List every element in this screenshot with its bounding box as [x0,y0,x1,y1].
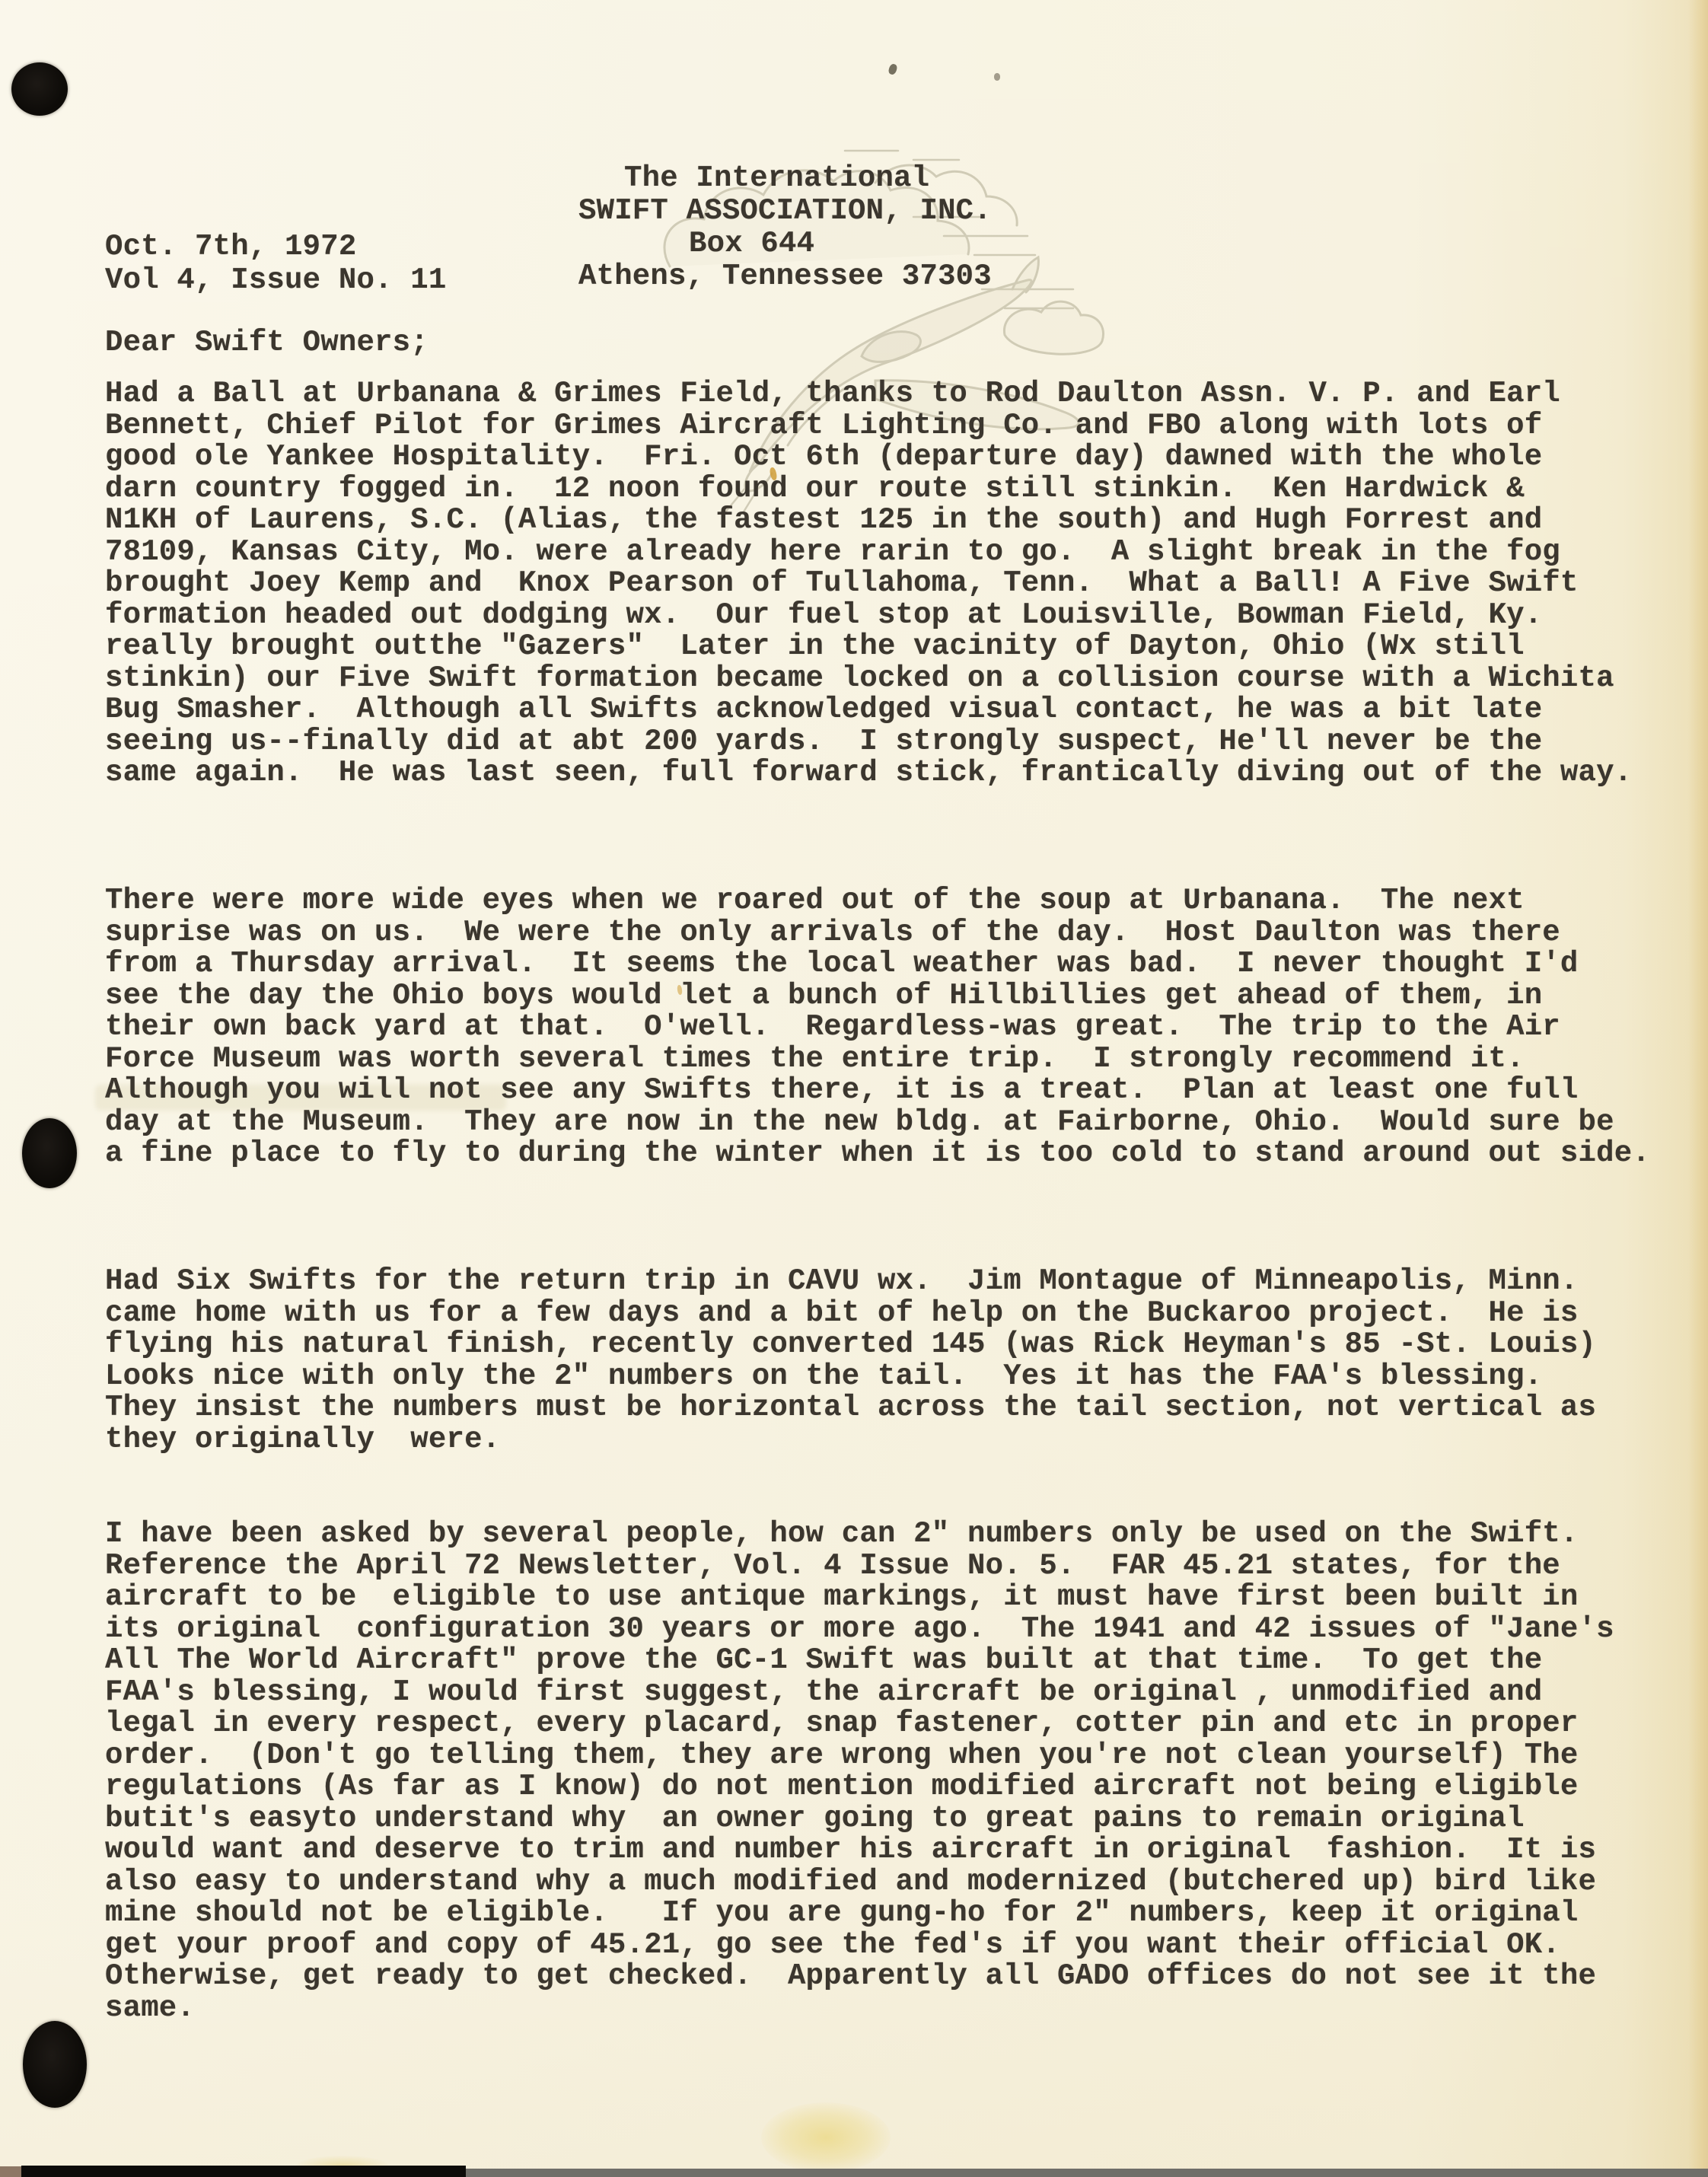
text-line: a fine place to fly to during the winter… [105,1138,1650,1170]
text-line: I have been asked by several people, how… [105,1519,1614,1551]
text-line: formation headed out dodging wx. Our fue… [105,600,1632,632]
text-line: from a Thursday arrival. It seems the lo… [105,948,1650,980]
text-line: mine should not be eligible. If you are … [105,1898,1614,1930]
text-line: its original configuration 30 years or m… [105,1614,1614,1646]
text-line: really brought outthe "Gazers" Later in … [105,631,1632,663]
text-line: They insist the numbers must be horizont… [105,1392,1596,1424]
text-line: same. [105,1993,1614,2025]
paragraph-4: I have been asked by several people, how… [105,1519,1614,2024]
text-line: they originally were. [105,1424,1596,1456]
org-name-line-1: The International [624,161,929,195]
text-line: All The World Aircraft" prove the GC-1 S… [105,1645,1614,1677]
issue-date: Oct. 7th, 1972 [105,230,356,263]
text-line: butit's easyto understand why an owner g… [105,1803,1614,1835]
text-line: FAA's blessing, I would first suggest, t… [105,1677,1614,1709]
paragraph-3: Had Six Swifts for the return trip in CA… [105,1266,1596,1455]
org-city-state-zip: Athens, Tennessee 37303 [578,260,992,293]
text-line: 78109, Kansas City, Mo. were already her… [105,537,1632,569]
text-line: Had a Ball at Urbanana & Grimes Field, t… [105,378,1632,410]
text-line: Bennett, Chief Pilot for Grimes Aircraft… [105,410,1632,442]
text-line: get your proof and copy of 45.21, go see… [105,1930,1614,1962]
text-line: day at the Museum. They are now in the n… [105,1107,1650,1139]
text-line: see the day the Ohio boys would let a bu… [105,980,1650,1012]
text-line: legal in every respect, every placard, s… [105,1708,1614,1740]
text-line: Bug Smasher. Although all Swifts acknowl… [105,694,1632,726]
text-line: stinkin) our Five Swift formation became… [105,663,1632,695]
salutation: Dear Swift Owners; [105,326,429,359]
text-line: good ole Yankee Hospitality. Fri. Oct 6t… [105,441,1632,473]
text-line: their own back yard at that. O'well. Reg… [105,1012,1650,1044]
text-line: same again. He was last seen, full forwa… [105,757,1632,789]
paragraph-1: Had a Ball at Urbanana & Grimes Field, t… [105,378,1632,789]
org-name-line-2: SWIFT ASSOCIATION, INC. [578,194,992,228]
text-line: flying his natural finish, recently conv… [105,1329,1596,1361]
text-line: also easy to understand why a much modif… [105,1866,1614,1898]
paragraph-2: There were more wide eyes when we roared… [105,885,1650,1170]
scanned-newsletter-page: The International SWIFT ASSOCIATION, INC… [0,0,1708,2177]
text-line: Looks nice with only the 2" numbers on t… [105,1361,1596,1393]
text-line: darn country fogged in. 12 noon found ou… [105,473,1632,505]
letter-text-layer: The International SWIFT ASSOCIATION, INC… [0,0,1708,2177]
text-line: brought Joey Kemp and Knox Pearson of Tu… [105,568,1632,600]
text-line: suprise was on us. We were the only arri… [105,917,1650,949]
text-line: Had Six Swifts for the return trip in CA… [105,1266,1596,1298]
org-po-box: Box 644 [689,227,814,260]
text-line: Otherwise, get ready to get checked. App… [105,1961,1614,1993]
text-line: regulations (As far as I know) do not me… [105,1771,1614,1803]
text-line: came home with us for a few days and a b… [105,1298,1596,1330]
text-line: aircraft to be eligible to use antique m… [105,1582,1614,1614]
text-line: seeing us--finally did at abt 200 yards.… [105,726,1632,758]
text-line: would want and deserve to trim and numbe… [105,1834,1614,1866]
text-line: Reference the April 72 Newsletter, Vol. … [105,1551,1614,1583]
issue-number: Vol 4, Issue No. 11 [105,263,446,297]
text-line: Although you will not see any Swifts the… [105,1075,1650,1107]
text-line: Force Museum was worth several times the… [105,1044,1650,1076]
text-line: There were more wide eyes when we roared… [105,885,1650,917]
text-line: N1KH of Laurens, S.C. (Alias, the fastes… [105,505,1632,537]
text-line: order. (Don't go telling them, they are … [105,1740,1614,1772]
